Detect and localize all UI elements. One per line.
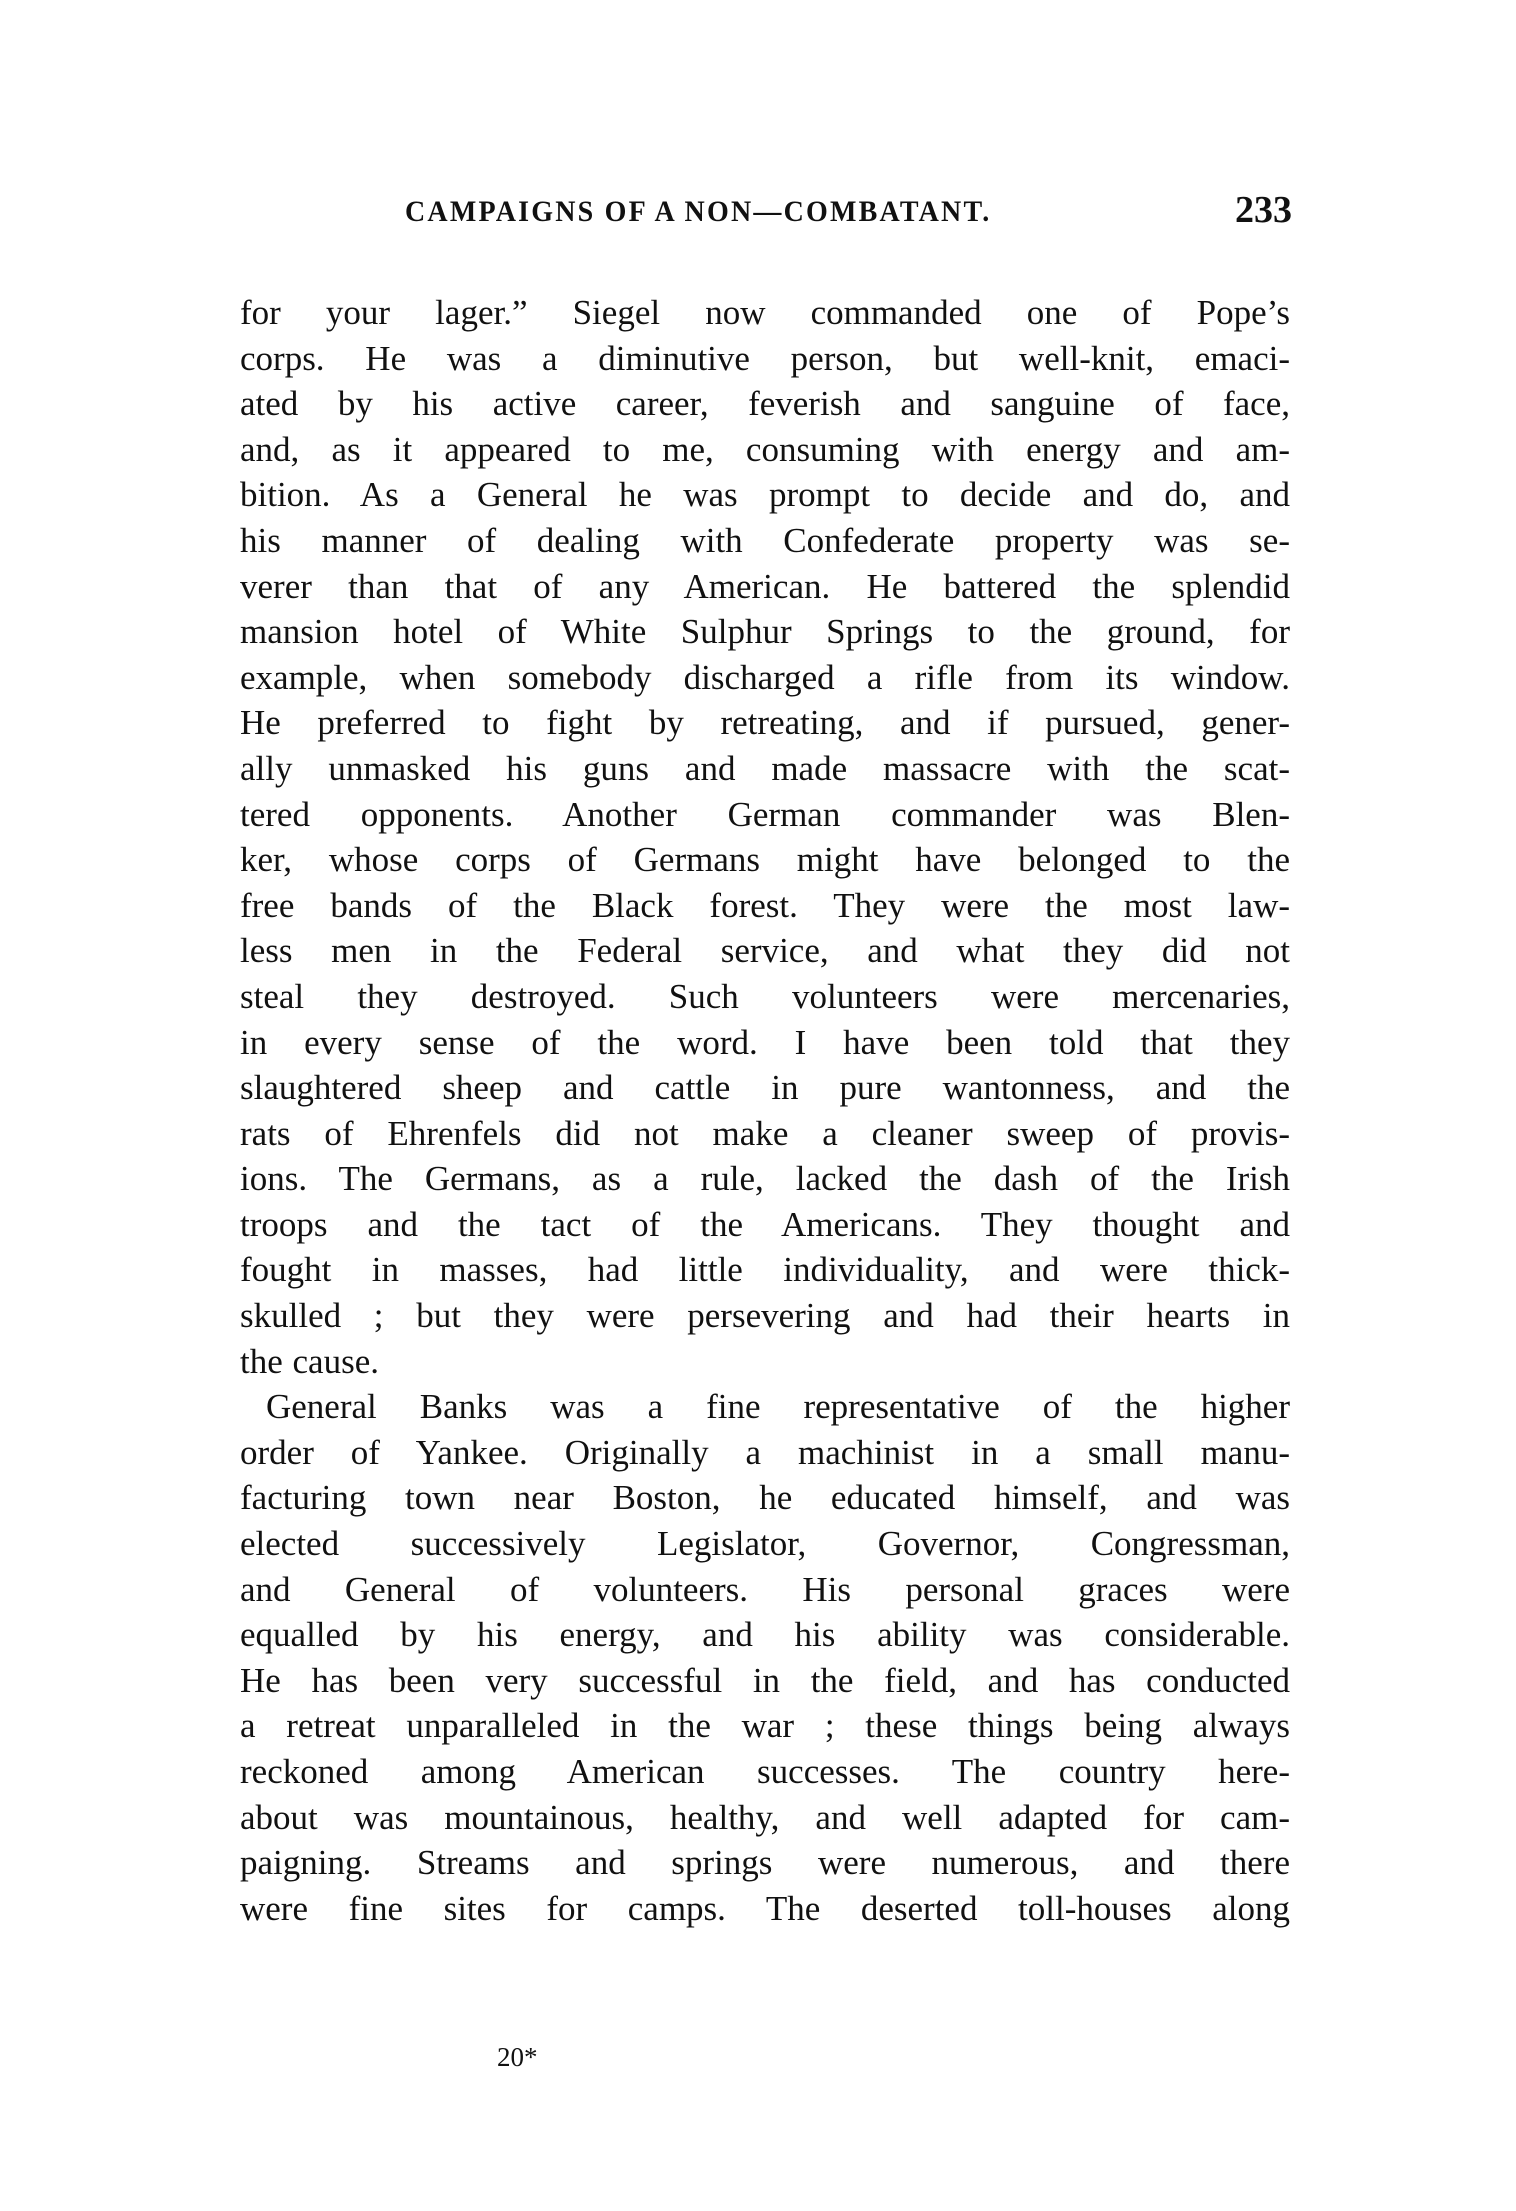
text-line: less men in the Federal service, and wha… [240,928,1290,974]
text-line: paigning. Streams and springs were numer… [240,1840,1290,1886]
text-line: troops and the tact of the Americans. Th… [240,1202,1290,1248]
text-line: ions. The Germans, as a rule, lacked the… [240,1156,1290,1202]
running-title: CAMPAIGNS OF A NON—COMBATANT. [405,196,991,230]
text-line: bition. As a General he was prompt to de… [240,472,1290,518]
text-line: for your lager.” Siegel now commanded on… [240,290,1290,336]
text-line: reckoned among American successes. The c… [240,1749,1290,1795]
text-line: equalled by his energy, and his ability … [240,1612,1290,1658]
text-line: tered opponents. Another German commande… [240,792,1290,838]
signature-mark: 20* [497,2042,538,2073]
text-line: and, as it appeared to me, consuming wit… [240,427,1290,473]
text-line: slaughtered sheep and cattle in pure wan… [240,1065,1290,1111]
text-line: and General of volunteers. His personal … [240,1567,1290,1613]
page-number: 233 [1235,188,1292,232]
text-line: General Banks was a fine representative … [240,1384,1290,1430]
book-page: CAMPAIGNS OF A NON—COMBATANT. 233 for yo… [0,0,1516,2211]
running-head: CAMPAIGNS OF A NON—COMBATANT. 233 [240,188,1292,238]
text-line: were fine sites for camps. The deserted … [240,1886,1290,1932]
text-line: mansion hotel of White Sulphur Springs t… [240,609,1290,655]
text-line: corps. He was a diminutive person, but w… [240,336,1290,382]
text-line: the cause. [240,1339,1290,1385]
text-line: facturing town near Boston, he educated … [240,1475,1290,1521]
text-line: ker, whose corps of Germans might have b… [240,837,1290,883]
text-line: elected successively Legislator, Governo… [240,1521,1290,1567]
text-line: rats of Ehrenfels did not make a cleaner… [240,1111,1290,1157]
text-line: steal they destroyed. Such volunteers we… [240,974,1290,1020]
text-line: skulled ; but they were persevering and … [240,1293,1290,1339]
text-line: free bands of the Black forest. They wer… [240,883,1290,929]
paragraph-1: for your lager.” Siegel now commanded on… [240,290,1290,1384]
text-line: a retreat unparalleled in the war ; thes… [240,1703,1290,1749]
text-line: He preferred to fight by retreating, and… [240,700,1290,746]
text-line: order of Yankee. Originally a machinist … [240,1430,1290,1476]
text-line: in every sense of the word. I have been … [240,1020,1290,1066]
text-line: example, when somebody discharged a rifl… [240,655,1290,701]
body-text: for your lager.” Siegel now commanded on… [240,290,1290,1931]
text-line: ated by his active career, feverish and … [240,381,1290,427]
text-line: ally unmasked his guns and made massacre… [240,746,1290,792]
paragraph-2: General Banks was a fine representative … [240,1384,1290,1931]
text-line: about was mountainous, healthy, and well… [240,1795,1290,1841]
text-line: fought in masses, had little individuali… [240,1247,1290,1293]
text-line: his manner of dealing with Confederate p… [240,518,1290,564]
text-line: He has been very successful in the field… [240,1658,1290,1704]
text-line: verer than that of any American. He batt… [240,564,1290,610]
